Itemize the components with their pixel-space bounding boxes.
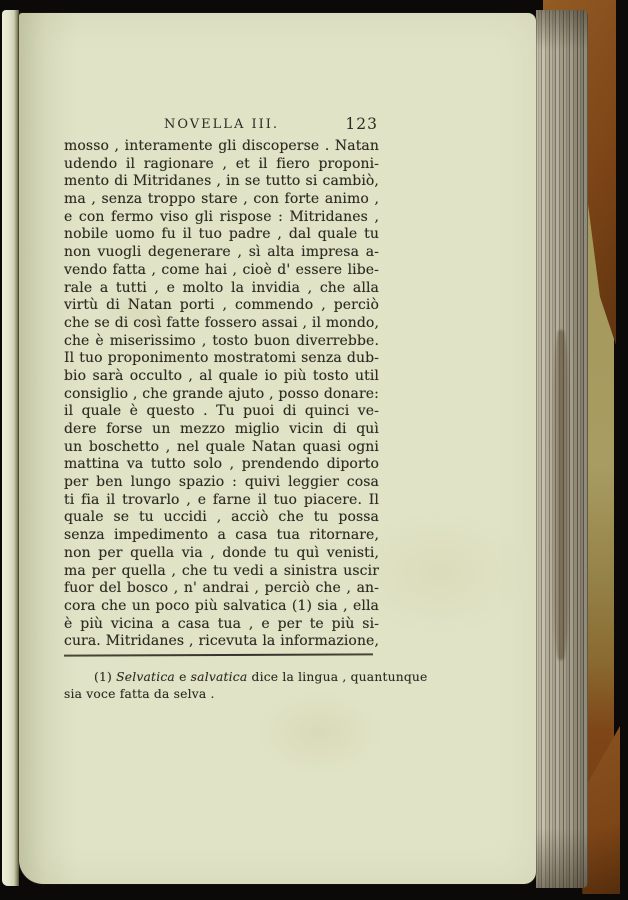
body-text: mosso , interamente gli discoperse . Nat…: [64, 138, 379, 651]
text-line: nobile uomo fu il tuo padre , dal quale …: [64, 226, 379, 244]
text-line: cura. Mitridanes , ricevuta la informazi…: [64, 633, 379, 651]
text-line: vendo fatta , come hai , cioè d' essere …: [64, 262, 379, 280]
text-line: mento di Mitridanes , in se tutto si cam…: [64, 173, 379, 191]
text-line: quale se tu uccidi , acciò che tu possa: [64, 509, 379, 527]
book-page: NOVELLA III. 123 mosso , interamente gli…: [19, 13, 536, 884]
text-line: un boschetto , nel quale Natan quasi ogn…: [64, 439, 379, 457]
footnote-line-1: (1) Selvatica e salvatica dice la lingua…: [64, 669, 379, 686]
text-line: è più vicina a casa tua , e per te più s…: [64, 616, 379, 634]
text-line: dere forse un mezzo miglio vicin di quì: [64, 421, 379, 439]
text-line: mattina va tutto solo , prendendo diport…: [64, 456, 379, 474]
text-line: consiglio , che grande ajuto , posso don…: [64, 386, 379, 404]
text-line: non vuogli degenerare , sì alta impresa …: [64, 244, 379, 262]
page-number: 123: [345, 115, 378, 133]
text-line: ma per quella , che tu vedi a sinistra u…: [64, 563, 379, 581]
text-line: bio sarà occulto , al quale io più tosto…: [64, 368, 379, 386]
text-line: senza impedimento a casa tua ritornare,: [64, 527, 379, 545]
text-line: il quale è questo . Tu puoi di quinci ve…: [64, 403, 379, 421]
book-scan-stage: NOVELLA III. 123 mosso , interamente gli…: [0, 0, 628, 900]
footnote-italic-word: salvatica: [191, 670, 248, 684]
footnote-text: dice la lingua , quantunque: [252, 670, 428, 684]
footnote-italic-word: Selvatica: [116, 670, 175, 684]
running-head: NOVELLA III. 123: [64, 117, 379, 137]
text-line: non per quella via , donde tu quì venist…: [64, 545, 379, 563]
text-line: che è miserissimo , tosto buon diverrebb…: [64, 333, 379, 351]
page-edge-shadow: [552, 330, 570, 660]
text-line: ti fia il trovarlo , e farne il tuo piac…: [64, 492, 379, 510]
text-line: mosso , interamente gli discoperse . Nat…: [64, 138, 379, 156]
text-line: che se di così fatte fossero assai , il …: [64, 315, 379, 333]
text-line: udendo il ragionare , et il fiero propon…: [64, 156, 379, 174]
footnote-conjunction: e: [179, 670, 186, 684]
text-line: e con fermo viso gli rispose : Mitridane…: [64, 209, 379, 227]
text-column: NOVELLA III. 123 mosso , interamente gli…: [64, 117, 379, 717]
footnote-marker: (1): [94, 670, 112, 684]
text-line: fuor del bosco , n' andrai , perciò che …: [64, 580, 379, 598]
text-line: cora che un poco più salvatica (1) sia ,…: [64, 598, 379, 616]
footnote: (1) Selvatica e salvatica dice la lingua…: [64, 669, 379, 703]
text-line: per ben lungo spazio : quivi leggier cos…: [64, 474, 379, 492]
footnote-separator-rule: [64, 653, 373, 656]
text-line: Il tuo proponimento mostratomi senza dub…: [64, 350, 379, 368]
text-line: rale a tutti , e molto la invidia , che …: [64, 280, 379, 298]
text-line: virtù di Natan porti , commendo , perciò: [64, 297, 379, 315]
chapter-title: NOVELLA III.: [164, 117, 279, 132]
footnote-line-2: sia voce fatta da selva .: [64, 686, 379, 703]
previous-page-sliver: [2, 10, 19, 886]
text-line: ma , senza troppo stare , con forte anim…: [64, 191, 379, 209]
